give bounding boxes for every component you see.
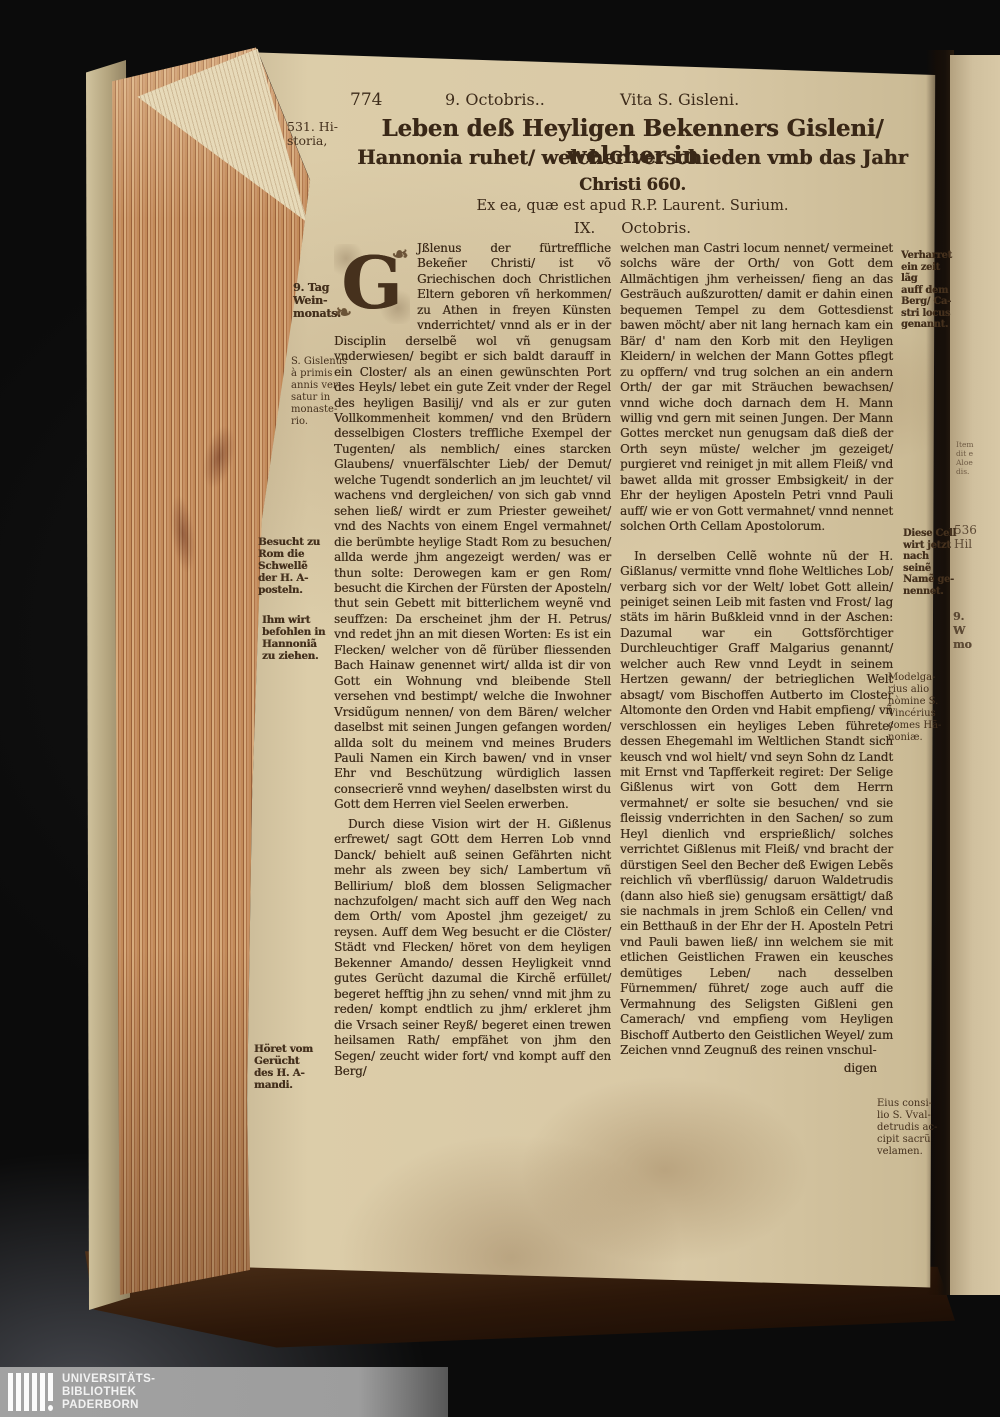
- logo-exclamation: [48, 1373, 53, 1411]
- library-name-line: BIBLIOTHEK: [62, 1386, 155, 1399]
- next-page-sliver: Item dit e Aloe dis. 536 Hil 9. W mo: [950, 55, 1000, 1295]
- scanned-book-photo: Item dit e Aloe dis. 536 Hil 9. W mo 774…: [0, 0, 1000, 1417]
- margin-note-modelgarius: Modelga- rius alio nòmine S. Vincérius c…: [888, 672, 950, 744]
- logo-bar: [16, 1373, 21, 1411]
- library-logo: [8, 1373, 53, 1411]
- catchword: digen: [620, 1061, 893, 1076]
- feast-day-line: IX.Octobris.: [355, 219, 910, 237]
- text-column-left: G Jßlenus der fürtreffliche Bekeñer Chri…: [334, 241, 611, 1079]
- paragraph: welchen man Castri locum nennet/ vermein…: [620, 241, 893, 535]
- logo-dot: [48, 1405, 53, 1411]
- logo-bar: [24, 1373, 29, 1411]
- running-title: Vita S. Gisleni.: [620, 90, 739, 109]
- feast-number: IX.: [574, 219, 595, 237]
- feast-month: Octobris.: [621, 219, 691, 237]
- logo-bar: [40, 1373, 45, 1411]
- logo-bar: [32, 1373, 37, 1411]
- title-line-2: Hannonia ruhet/ welcher verschieden vmb …: [355, 146, 910, 169]
- margin-note-waldetrudis: Eius consi- lio S. Vval- detrudis ac- ci…: [877, 1098, 945, 1158]
- next-page-text-fragment: Item dit e Aloe dis.: [956, 440, 974, 476]
- margin-note-hannonia: Ihm wirt befohlen in Hannoniã zu ziehen.: [262, 614, 336, 662]
- paragraph: Jßlenus der fürtreffliche Bekeñer Christ…: [334, 241, 611, 813]
- library-name-line: UNIVERSITÄTS-: [62, 1373, 155, 1386]
- ornamental-initial: G: [334, 244, 410, 324]
- library-name-line: PADERBORN: [62, 1399, 155, 1412]
- margin-note-verharret: Verharret ein zeit lãg auff dem Berg/ Ca…: [901, 250, 959, 331]
- logo-bar: [8, 1373, 13, 1411]
- title-source-line: Ex ea, quæ est apud R.P. Laurent. Surium…: [355, 198, 910, 214]
- library-banner: UNIVERSITÄTS- BIBLIOTHEK PADERBORN: [0, 1367, 448, 1417]
- header-date: 9. Octobris..: [445, 90, 545, 109]
- margin-note-besucht-rom: Besucht zu Rom die Schwellẽ der H. A- po…: [258, 536, 330, 596]
- text-column-right: welchen man Castri locum nennet/ vermein…: [620, 241, 893, 1076]
- page-number: 774: [350, 90, 382, 110]
- library-name: UNIVERSITÄTS- BIBLIOTHEK PADERBORN: [62, 1373, 155, 1412]
- logo-bar: [48, 1373, 53, 1401]
- paragraph: Durch diese Vision wirt der H. Gißlenus …: [334, 817, 611, 1080]
- margin-note-diese-cell: Diese Cell wirt jetzt nach seinẽ Namẽ ge…: [903, 528, 959, 597]
- next-page-text-fragment: 9. W mo: [953, 610, 972, 652]
- paragraph: In derselben Cellẽ wohnte nũ der H. Gißl…: [620, 549, 893, 1059]
- title-line-3: Christi 660.: [355, 175, 910, 194]
- margin-note-amandi: Höret vom Gerücht des H. A- mandi.: [254, 1043, 328, 1091]
